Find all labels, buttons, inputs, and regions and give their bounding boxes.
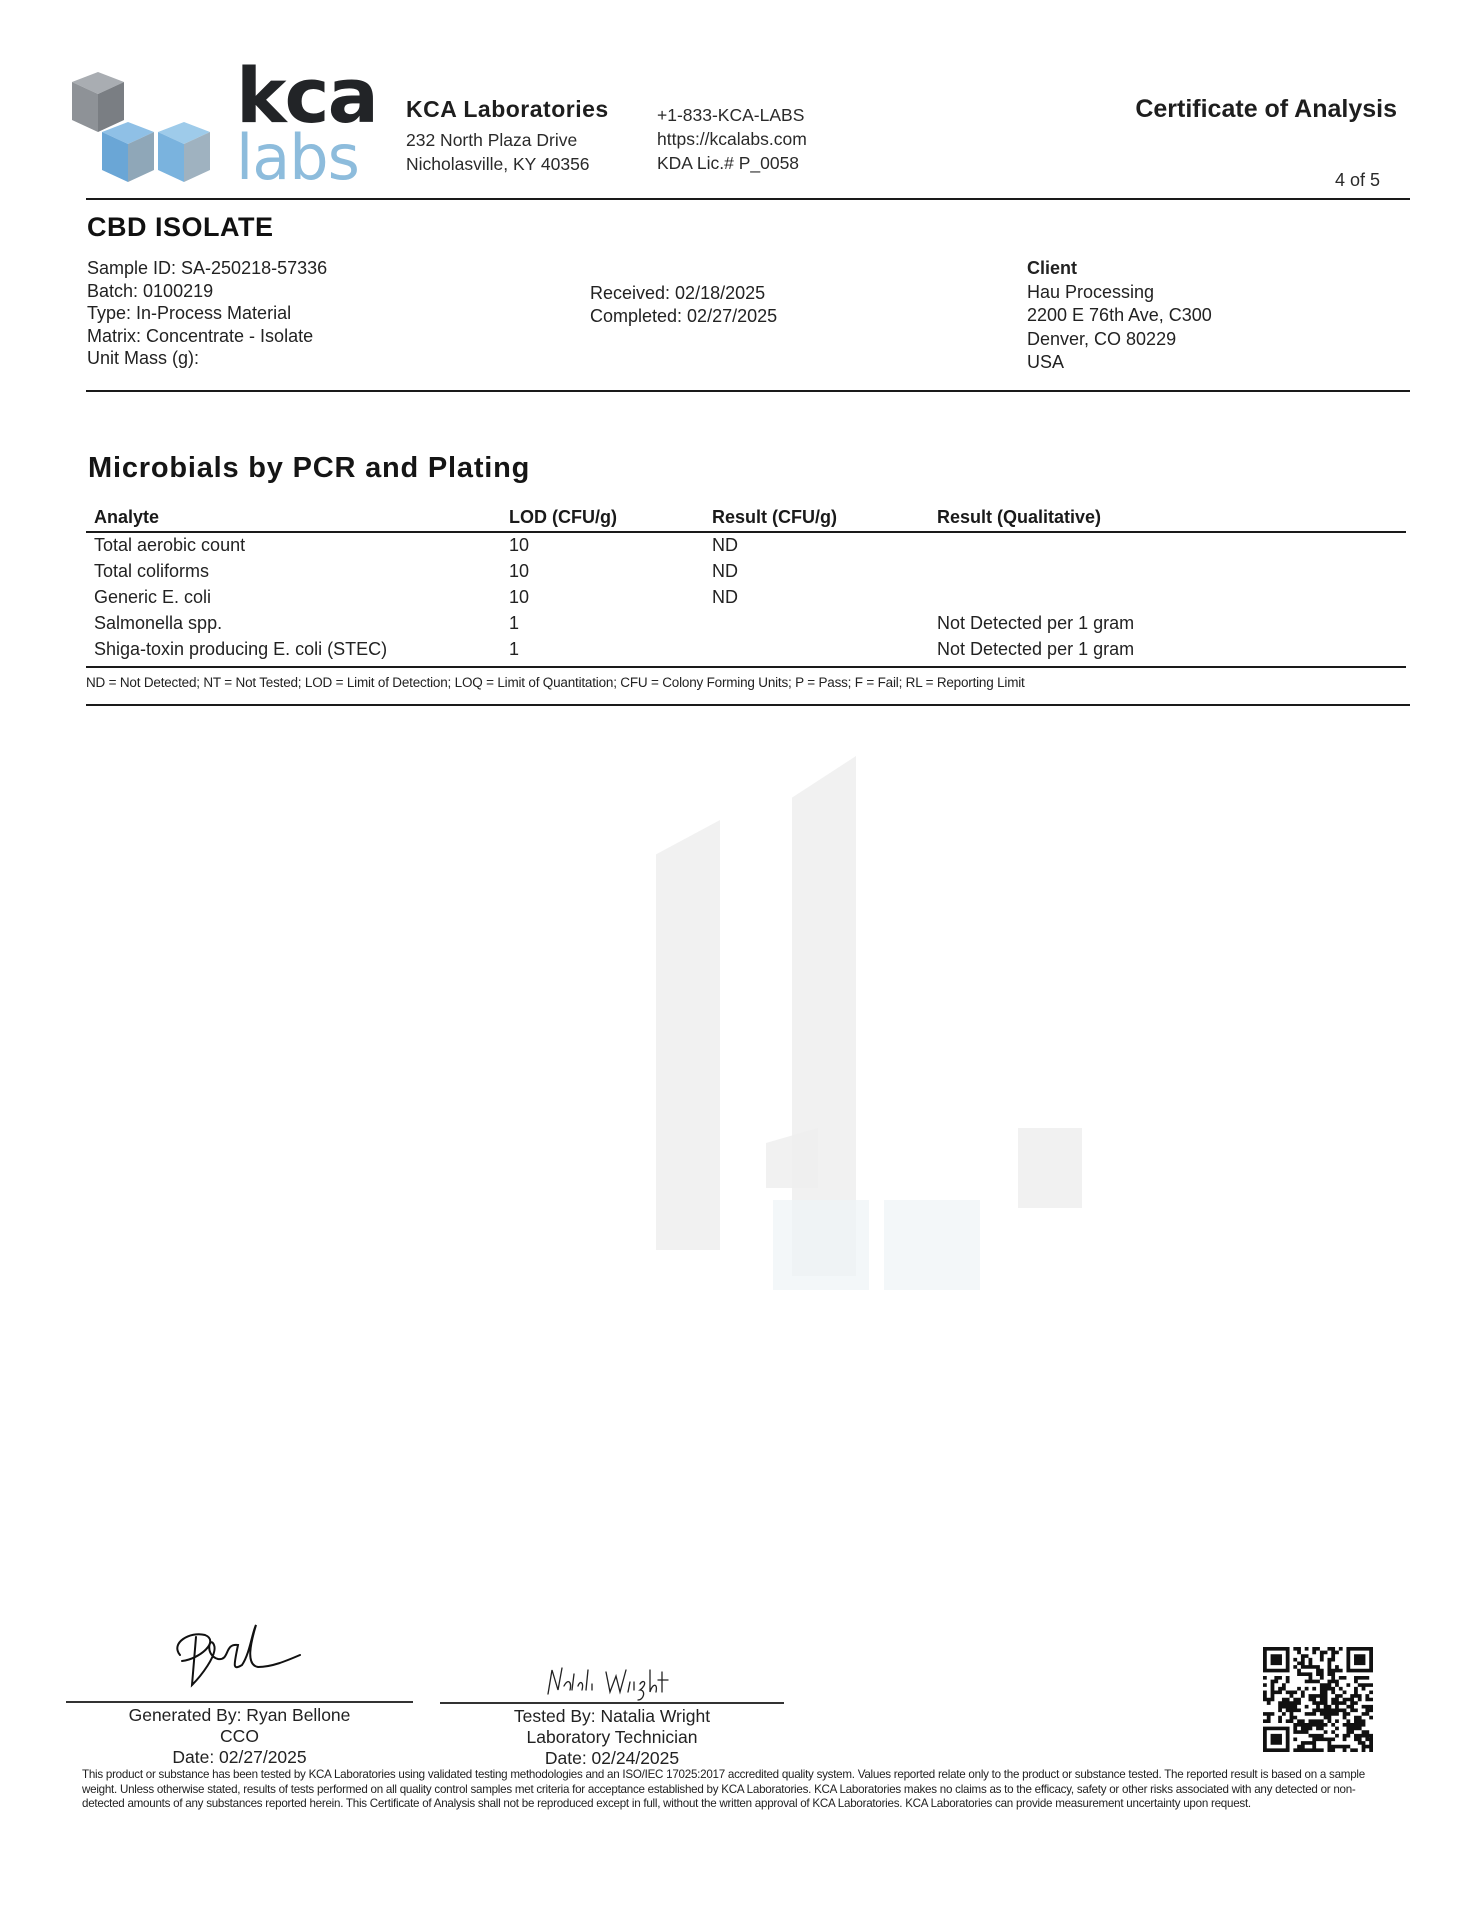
table-row: Shiga-toxin producing E. coli (STEC) 1 N… (86, 637, 1406, 663)
signature-line-tested (440, 1702, 784, 1704)
product-name: CBD ISOLATE (87, 212, 274, 243)
generated-by: Generated By: Ryan Bellone (66, 1705, 413, 1726)
disclaimer-text: This product or substance has been teste… (82, 1768, 1382, 1812)
result-qualitative: Not Detected per 1 gram (937, 639, 1134, 660)
lod: 10 (509, 535, 529, 556)
analyte: Generic E. coli (94, 587, 211, 608)
watermark-bar (792, 756, 856, 1276)
completed-date: Completed: 02/27/2025 (590, 305, 777, 328)
lab-address: 232 North Plaza Drive Nicholasville, KY … (406, 128, 590, 176)
lod: 1 (509, 639, 519, 660)
sample-info-divider (86, 390, 1410, 392)
result-cfu: ND (712, 535, 738, 556)
handwritten-signature-icon (540, 1660, 680, 1702)
column-header-lod: LOD (CFU/g) (509, 507, 617, 528)
abbreviations-footnote: ND = Not Detected; NT = Not Tested; LOD … (86, 675, 1025, 690)
footnote-divider (86, 704, 1410, 706)
client-info: Client Hau Processing 2200 E 76th Ave, C… (1027, 257, 1212, 375)
sample-info: Sample ID: SA-250218-57336 Batch: 010021… (87, 257, 327, 370)
tested-by-block: Tested By: Natalia Wright Laboratory Tec… (440, 1706, 784, 1769)
lab-phone: +1-833-KCA-LABS (657, 103, 807, 127)
client-address-line2: Denver, CO 80229 (1027, 328, 1212, 352)
logo-labs-text: labs (236, 126, 359, 190)
client-country: USA (1027, 351, 1212, 375)
signature-ryan-bellone (160, 1615, 330, 1695)
lab-contact: +1-833-KCA-LABS https://kcalabs.com KDA … (657, 103, 807, 175)
tested-by: Tested By: Natalia Wright (440, 1706, 784, 1727)
analyte: Total coliforms (94, 561, 209, 582)
received-date: Received: 02/18/2025 (590, 282, 777, 305)
document-title: Certificate of Analysis (1135, 95, 1397, 124)
table-row: Salmonella spp. 1 Not Detected per 1 gra… (86, 611, 1406, 637)
watermark-bar (1018, 1128, 1082, 1208)
matrix: Matrix: Concentrate - Isolate (87, 325, 327, 348)
table-row: Total aerobic count 10 ND (86, 533, 1406, 559)
lab-address-line1: 232 North Plaza Drive (406, 128, 590, 152)
unit-mass: Unit Mass (g): (87, 347, 327, 370)
watermark-bar (884, 1200, 980, 1290)
table-row: Total coliforms 10 ND (86, 559, 1406, 585)
qr-code[interactable] (1263, 1647, 1373, 1752)
analyte: Salmonella spp. (94, 613, 222, 634)
kca-logo-cubes (68, 70, 218, 190)
client-name: Hau Processing (1027, 281, 1212, 305)
sample-dates: Received: 02/18/2025 Completed: 02/27/20… (590, 282, 777, 327)
table-bottom-divider (86, 666, 1406, 668)
signature-line-generated (66, 1701, 413, 1703)
result-cfu: ND (712, 561, 738, 582)
sample-type: Type: In-Process Material (87, 302, 327, 325)
generated-by-block: Generated By: Ryan Bellone CCO Date: 02/… (66, 1705, 413, 1768)
column-header-result-cfu: Result (CFU/g) (712, 507, 837, 528)
lab-license: KDA Lic.# P_0058 (657, 151, 807, 175)
client-label: Client (1027, 257, 1212, 281)
batch: Batch: 0100219 (87, 280, 327, 303)
watermark-bar (656, 820, 720, 1250)
page-number: 4 of 5 (1335, 170, 1380, 191)
handwritten-signature-icon (160, 1615, 330, 1695)
tested-by-title: Laboratory Technician (440, 1727, 784, 1748)
lab-address-line2: Nicholasville, KY 40356 (406, 152, 590, 176)
table-header: Analyte LOD (CFU/g) Result (CFU/g) Resul… (86, 505, 1406, 531)
lab-website-link[interactable]: https://kcalabs.com (657, 127, 807, 151)
result-qualitative: Not Detected per 1 gram (937, 613, 1134, 634)
generated-by-date: Date: 02/27/2025 (66, 1747, 413, 1768)
column-header-analyte: Analyte (94, 507, 159, 528)
client-address-line1: 2200 E 76th Ave, C300 (1027, 304, 1212, 328)
watermark-bar (766, 1128, 818, 1188)
analyte: Shiga-toxin producing E. coli (STEC) (94, 639, 387, 660)
watermark-bar (773, 1200, 869, 1290)
tested-by-date: Date: 02/24/2025 (440, 1748, 784, 1769)
sample-id: Sample ID: SA-250218-57336 (87, 257, 327, 280)
lod: 1 (509, 613, 519, 634)
table-row: Generic E. coli 10 ND (86, 585, 1406, 611)
column-header-result-qualitative: Result (Qualitative) (937, 507, 1101, 528)
microbials-table: Analyte LOD (CFU/g) Result (CFU/g) Resul… (86, 505, 1406, 668)
signature-natalia-wright (540, 1660, 680, 1702)
header-divider (86, 198, 1410, 200)
generated-by-title: CCO (66, 1726, 413, 1747)
section-title-microbials: Microbials by PCR and Plating (88, 452, 530, 485)
lod: 10 (509, 561, 529, 582)
cubes-icon (68, 70, 218, 190)
analyte: Total aerobic count (94, 535, 245, 556)
lod: 10 (509, 587, 529, 608)
lab-name: KCA Laboratories (406, 96, 609, 123)
result-cfu: ND (712, 587, 738, 608)
qr-code-icon (1263, 1647, 1373, 1752)
